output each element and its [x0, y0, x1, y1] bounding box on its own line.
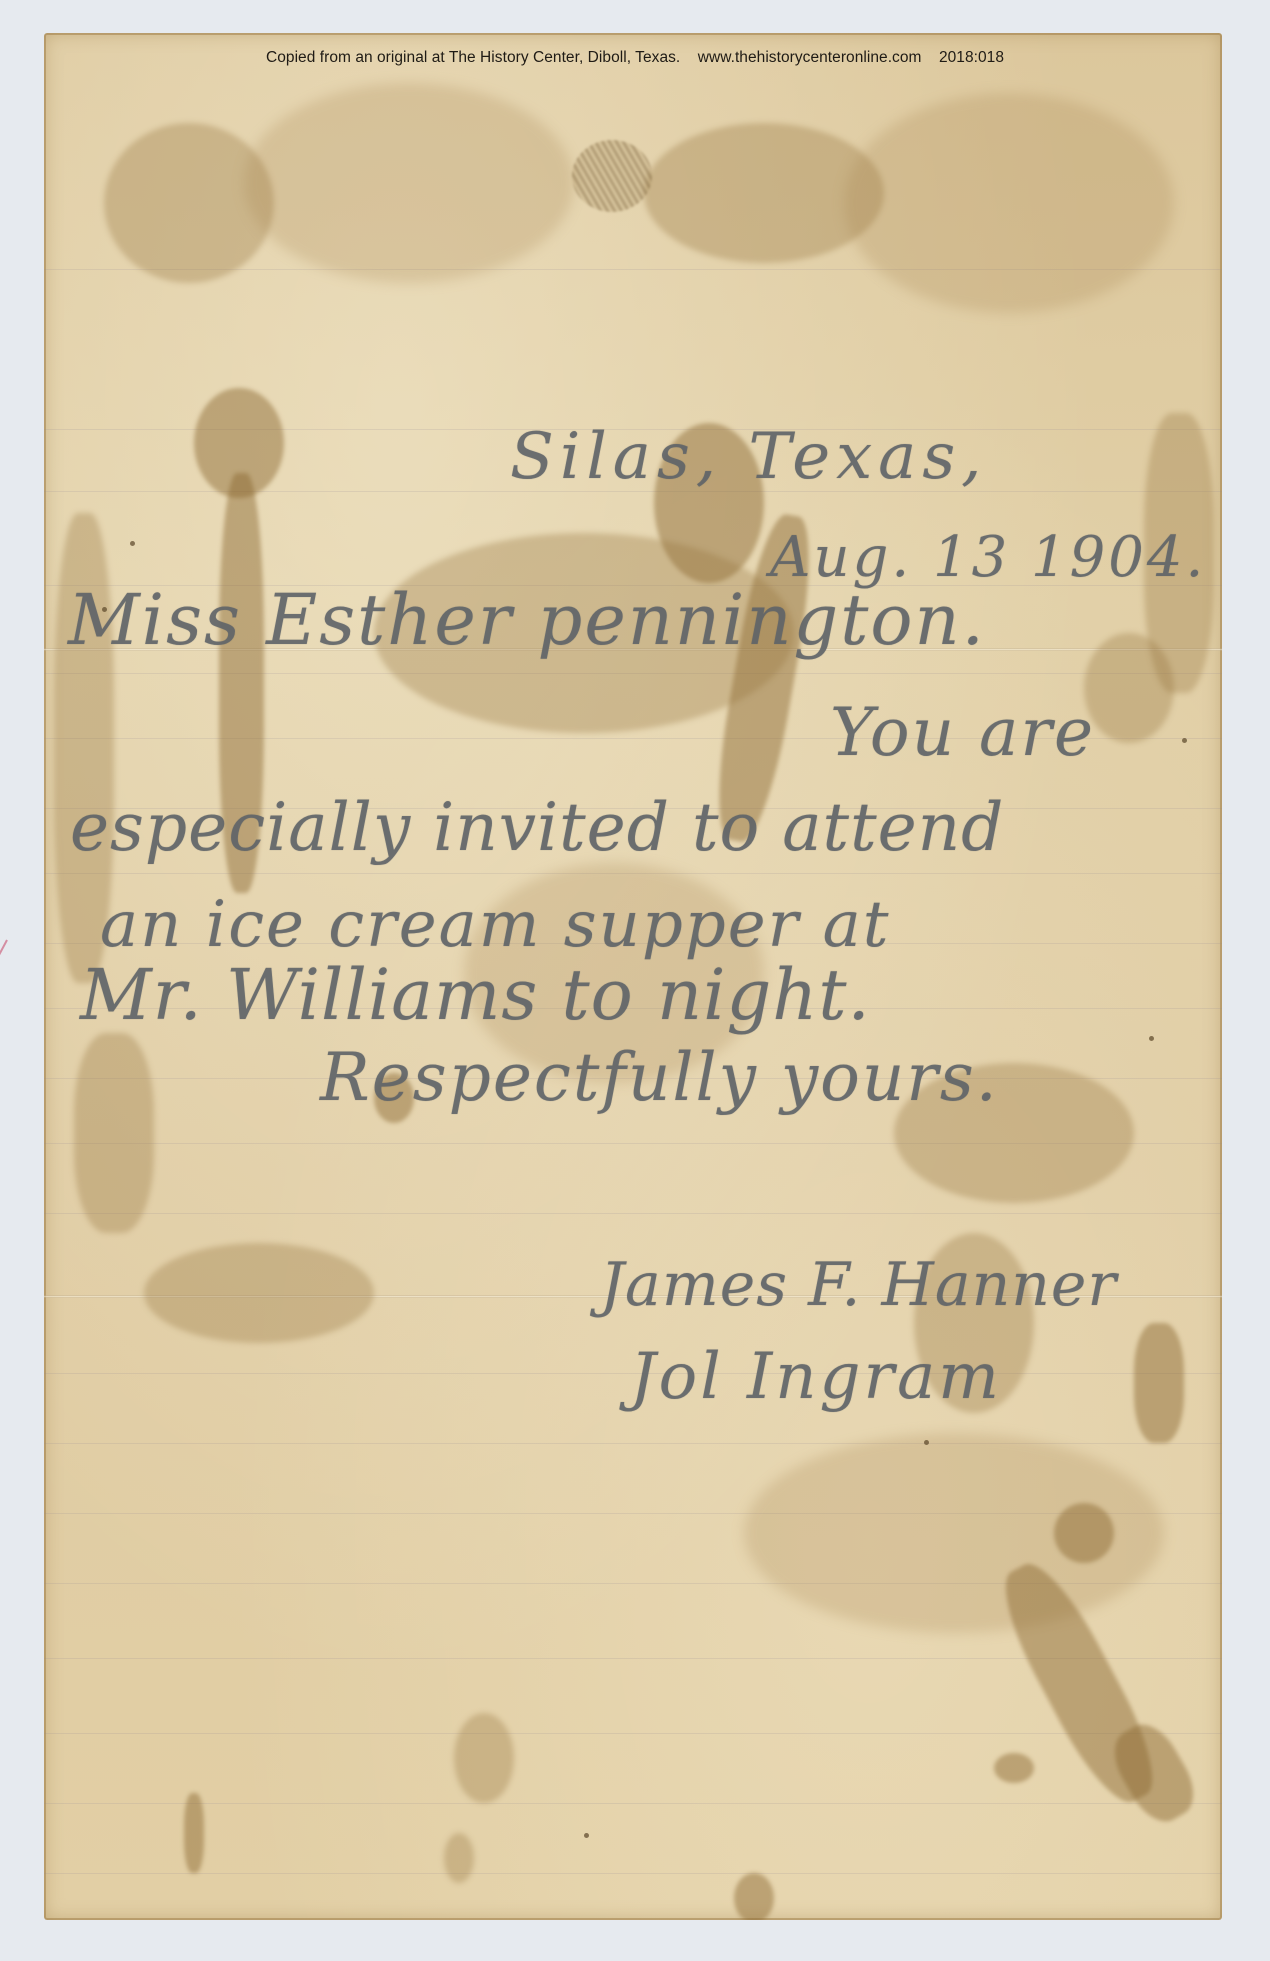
archive-source: Copied from an original at The History C…	[266, 49, 680, 66]
letter-body-line: Mr. Williams to night.	[80, 960, 871, 1030]
archive-accession: 2018:018	[939, 49, 1004, 66]
stain	[74, 1033, 154, 1233]
letter-closing: Respectfully yours.	[320, 1045, 999, 1111]
ruled-line	[44, 1733, 1222, 1734]
stain	[444, 1833, 474, 1883]
archive-note: Copied from an original at The History C…	[0, 49, 1270, 67]
stain	[844, 93, 1174, 313]
stain	[1134, 1323, 1184, 1443]
red-pen-mark	[0, 940, 8, 1025]
stain	[144, 1243, 374, 1343]
ruled-line	[44, 1803, 1222, 1804]
speck	[584, 1833, 589, 1838]
letter-body-line: especially invited to attend	[70, 795, 1004, 861]
signature: Jol Ingram	[630, 1345, 1002, 1409]
speck	[1149, 1036, 1154, 1041]
letter-date: Aug. 13 1904.	[770, 530, 1206, 586]
stain	[184, 1793, 204, 1873]
ruled-line	[44, 1873, 1222, 1874]
speck	[924, 1440, 929, 1445]
letter-salutation: Miss Esther pennington.	[68, 585, 986, 655]
stain	[1054, 1503, 1114, 1563]
letter-place: Silas, Texas,	[510, 425, 988, 489]
stain	[244, 83, 574, 283]
signature: James F. Hanner	[600, 1255, 1117, 1315]
letter-body-line: You are	[830, 700, 1095, 766]
stain	[734, 1873, 774, 1920]
speck	[1182, 738, 1187, 743]
archive-website: www.thehistorycenteronline.com	[698, 49, 922, 66]
ruled-line	[44, 1213, 1222, 1214]
stain	[994, 1753, 1034, 1783]
speck	[130, 541, 135, 546]
fingerprint-smudge	[572, 140, 652, 212]
stain	[454, 1713, 514, 1803]
letter-body-line: an ice cream supper at	[100, 893, 890, 957]
